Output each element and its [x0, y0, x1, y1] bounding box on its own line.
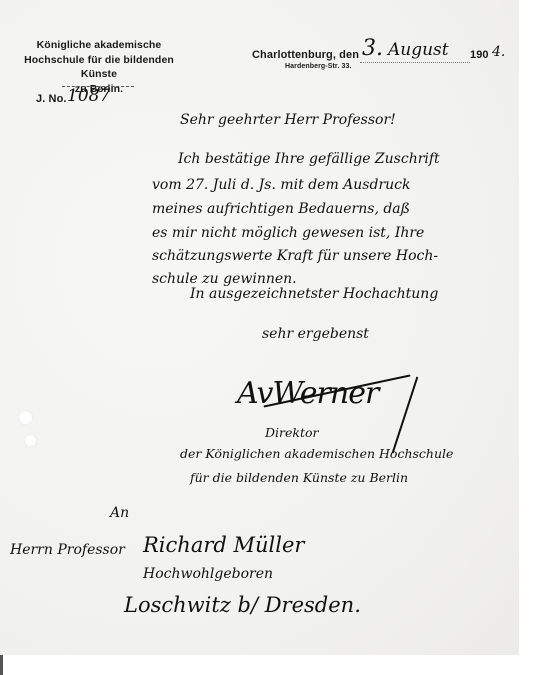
recipient-prefix: An — [110, 505, 129, 521]
body-line-6: schule zu gewinnen. — [152, 271, 297, 287]
body-line-3: meines aufrichtigen Bedauerns, daß — [152, 201, 410, 217]
signature: AvWerner — [237, 376, 378, 411]
recipient-name: Richard Müller — [143, 533, 304, 557]
recipient-address: Loschwitz b/ Dresden. — [124, 593, 361, 617]
date-dotted-line — [360, 62, 470, 63]
signer-title: Direktor — [265, 425, 319, 440]
date-day: 3. — [362, 36, 383, 61]
date-month: August — [388, 40, 449, 60]
institution-line-1: Königliche akademische — [14, 38, 184, 53]
date-year-handwritten: 4. — [492, 44, 505, 60]
signer-affiliation-line-1: der Königlichen akademischen Hochschule — [180, 446, 453, 461]
signer-affiliation-line-2: für die bildenden Künste zu Berlin — [190, 470, 408, 485]
place-printed: Charlottenburg, den — [252, 49, 359, 61]
recipient-honorific: Herrn Professor — [10, 542, 125, 558]
street-address: Hardenberg-Str. 33. — [285, 63, 351, 70]
punch-hole-lower — [25, 435, 36, 446]
scan-edge-mark — [0, 655, 3, 675]
body-line-4: es mir nicht möglich gewesen ist, Ihre — [152, 225, 424, 241]
journal-number-value: 1087 — [67, 86, 110, 106]
letter-paper: Königliche akademische Hochschule für di… — [0, 0, 519, 655]
body-line-5: schätzungswerte Kraft für unsere Hoch- — [152, 248, 438, 264]
signature-tail-stroke — [392, 377, 419, 454]
recipient-style: Hochwohlgeboren — [143, 566, 273, 582]
closing-line-1: In ausgezeichnetster Hochachtung — [190, 286, 438, 302]
journal-number-label: J. No. — [36, 93, 67, 105]
body-line-2: vom 27. Juli d. Js. mit dem Ausdruck — [152, 177, 410, 193]
closing-line-2: sehr ergebenst — [262, 326, 369, 342]
institution-line-2: Hochschule für die bildenden Künste — [14, 53, 184, 82]
body-line-1: Ich bestätige Ihre gefällige Zuschrift — [178, 151, 440, 167]
salutation: Sehr geehrter Herr Professor! — [180, 112, 396, 128]
date-year-printed: 190 — [470, 49, 489, 61]
punch-hole-upper — [19, 411, 32, 424]
